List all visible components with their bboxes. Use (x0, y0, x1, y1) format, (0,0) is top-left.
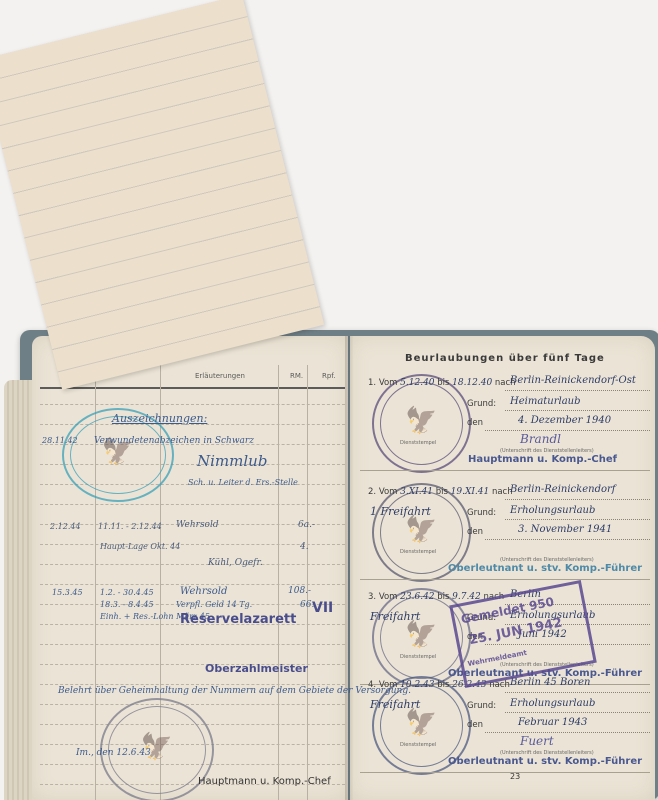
label-from: Vom (379, 378, 398, 388)
dotted-line (485, 539, 650, 540)
leave-number: 3. (368, 592, 376, 602)
officer-rank: Oberleutnant u. stv. Komp.-Führer (448, 756, 642, 767)
dotted-line (485, 732, 650, 733)
leave-entry: 2. Vom 3.XI.41 bis 19.XI.41 nach (368, 487, 513, 497)
instruction-note: Belehrt über Geheimhaltung der Nummern a… (58, 686, 411, 696)
leave-from: 23.6.42 (400, 592, 434, 602)
leave-from: 10.2.43 (400, 680, 434, 690)
leave-number: 4. (368, 680, 376, 690)
page-number: 23 (510, 772, 520, 781)
ruled-line (40, 564, 345, 565)
label-to: bis (436, 487, 448, 497)
ruled-line (40, 684, 345, 685)
page-title: Beurlaubungen über fünf Tage (405, 353, 605, 364)
label-date: den (467, 418, 483, 428)
leave-reason: Erholungsurlaub (510, 505, 595, 516)
entry-date: 2.12.44 (50, 522, 81, 531)
leave-entry: 1. Vom 5.12.40 bis 18.12.40 nach (368, 378, 516, 388)
entry-period: 1.2. - 30.4.45 (100, 588, 154, 597)
entry-amount: 6a.- (298, 520, 315, 530)
col-rpf-header: Rpf. (322, 372, 336, 380)
leave-from: 3.XI.41 (400, 487, 433, 497)
dotted-line (485, 430, 650, 431)
label-from: Vom (379, 592, 398, 602)
label-date: den (467, 720, 483, 730)
leave-date: Februar 1943 (518, 717, 587, 728)
leave-reason: Erholungsurlaub (510, 698, 595, 709)
officer-rank: Hauptmann u. Komp.-Chef (468, 454, 617, 465)
col-rm-header: RM. (290, 372, 303, 380)
awards-heading: Auszeichnungen: (112, 412, 207, 425)
dotted-line (505, 410, 650, 411)
ruled-line (40, 644, 345, 645)
label-from: Vom (379, 680, 398, 690)
officer-rank: Oberleutnant u. stv. Komp.-Führer (448, 563, 642, 574)
label-reason: Grund: (467, 701, 496, 711)
entry-period: 18.3. - 8.4.45 (100, 600, 154, 609)
leave-date: 4. Dezember 1940 (518, 415, 611, 426)
stamp-caption: Dienststempel (400, 440, 436, 446)
leave-note: Freifahrt (370, 698, 420, 711)
ruled-line (40, 404, 345, 405)
entry-note: Verpfl. Geld 14 Tg. (176, 600, 252, 609)
eagle-icon: 🦅 (405, 406, 437, 436)
stamp-line: Wehrmeldeamt (467, 649, 528, 668)
eagle-icon: 🦅 (405, 708, 437, 738)
section-divider (360, 579, 650, 580)
section-divider (360, 772, 650, 773)
dotted-line (505, 499, 650, 500)
stamp-caption: Dienststempel (400, 742, 436, 748)
col-notes-header: Erläuterungen (195, 372, 245, 380)
service-stamp: 🦅 (372, 374, 471, 473)
entry-note: Wehrsold (176, 520, 219, 530)
dotted-line (505, 692, 650, 693)
place-date: Im., den 12.6.43 (76, 748, 151, 758)
entry-amount: 108.- (288, 586, 311, 596)
col-divider (278, 365, 279, 800)
dotted-line (505, 712, 650, 713)
leave-to: 18.12.40 (452, 378, 492, 388)
signature: Brandl (520, 432, 561, 446)
leave-destination: Berlin-Reinickendorf-Ost (510, 375, 636, 386)
leave-destination: Berlin 45 Boren (510, 677, 590, 688)
entry-text: Sch. u. Leiter d. Ers.-Stelle (188, 478, 298, 487)
entry-date: 28.11.42 (42, 436, 78, 445)
leave-to: 19.XI.41 (451, 487, 490, 497)
label-reason: Grund: (467, 508, 496, 518)
ruled-line (40, 504, 345, 505)
roman-numeral-stamp: VII (312, 600, 333, 616)
signature: Nimmlub (197, 452, 267, 470)
label-to: bis (437, 592, 449, 602)
eagle-icon: 🦅 (405, 515, 437, 545)
entry-note: Wehrsold (180, 586, 227, 597)
entry-period: Haupt-Lage Okt. 44 (100, 542, 180, 551)
entry-period: 11.11. - 2.12.44 (98, 522, 162, 531)
leave-note: Freifahrt (370, 610, 420, 623)
entry-text: Verwundetenabzeichen in Schwarz (94, 436, 254, 446)
loose-ruled-sheet (0, 0, 324, 390)
col-divider (307, 365, 308, 800)
reserve-stamp: Reservelazarett (180, 612, 296, 627)
eagle-icon: 🦅 (405, 620, 437, 650)
leave-from: 5.12.40 (400, 378, 434, 388)
section-divider (360, 470, 650, 471)
dotted-line (505, 519, 650, 520)
document-photo: Erläuterungen RM. Rpf. 🦅 Auszeichnungen:… (0, 0, 658, 800)
leave-destination: Berlin-Reinickendorf (510, 484, 615, 495)
paymaster-stamp: Oberzahlmeister (205, 662, 308, 675)
leave-note: 1 Freifahrt (370, 505, 431, 518)
ruled-line (40, 584, 345, 585)
leave-reason: Heimaturlaub (510, 396, 581, 407)
entry-amount: 4. (300, 542, 309, 552)
stamp-caption: Dienststempel (400, 549, 436, 555)
leave-number: 2. (368, 487, 376, 497)
label-reason: Grund: (467, 399, 496, 409)
ruled-line (40, 704, 345, 705)
stamp-caption: Dienststempel (400, 654, 436, 660)
page-edges (4, 380, 34, 800)
dotted-line (505, 390, 650, 391)
signature: Fuert (520, 734, 554, 748)
signature: Kühl, Ogefr. (208, 558, 263, 568)
label-to: bis (437, 680, 449, 690)
leave-date: 3. November 1941 (518, 524, 612, 535)
label-date: den (467, 527, 483, 537)
label-to: bis (437, 378, 449, 388)
entry-date: 15.3.45 (52, 588, 83, 597)
rank-footer: Hauptmann u. Komp.-Chef (198, 776, 331, 787)
book-gutter (345, 336, 353, 800)
label-from: Vom (379, 487, 398, 497)
leave-number: 1. (368, 378, 376, 388)
